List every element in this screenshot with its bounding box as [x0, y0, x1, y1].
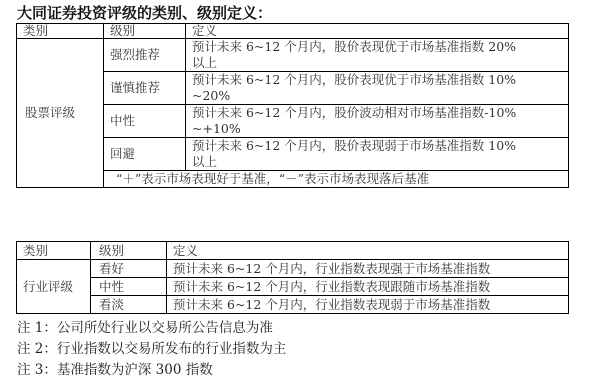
- definition-cell: 预计未来 6~12 个月内，股价波动相对市场基准指数-10%~+10%: [186, 105, 569, 138]
- level-cell: 中性: [91, 278, 167, 296]
- table-header-row: 类别 级别 定义: [17, 24, 569, 39]
- definition-line: 以上: [192, 55, 568, 71]
- definition-line: 预计未来 6~12 个月内，股价表现优于市场基准指数 10%: [192, 72, 568, 88]
- definition-line: 预计未来 6~12 个月内，股价表现弱于市场基准指数 10%: [192, 138, 568, 154]
- definition-cell: 预计未来 6~12 个月内，行业指数表现跟随市场基准指数: [167, 278, 569, 296]
- table-row: 中性 预计未来 6~12 个月内，行业指数表现跟随市场基准指数: [17, 278, 569, 296]
- header-definition: 定义: [186, 24, 569, 39]
- stock-rating-table: 类别 级别 定义 股票评级 强烈推荐 预计未来 6~12 个月内，股价表现优于市…: [16, 23, 569, 188]
- table-row: 行业评级 看好 预计未来 6~12 个月内，行业指数表现强于市场基准指数: [17, 260, 569, 278]
- category-label: 股票评级: [25, 105, 75, 120]
- table-row: 看淡 预计未来 6~12 个月内，行业指数表现弱于市场基准指数: [17, 296, 569, 314]
- definition-line: 以上: [192, 154, 568, 170]
- level-cell: 中性: [104, 105, 186, 138]
- header-category: 类别: [17, 24, 104, 39]
- level-cell: 回避: [104, 138, 186, 171]
- definition-line: ~20%: [192, 88, 568, 104]
- level-cell: 谨慎推荐: [104, 72, 186, 105]
- note-3: 注 3：基准指数为沪深 300 指数: [17, 360, 286, 381]
- header-level: 级别: [104, 24, 186, 39]
- industry-rating-table: 类别 级别 定义 行业评级 看好 预计未来 6~12 个月内，行业指数表现强于市…: [16, 241, 569, 314]
- header-category: 类别: [17, 242, 91, 260]
- definition-cell: 预计未来 6~12 个月内，行业指数表现弱于市场基准指数: [167, 296, 569, 314]
- header-definition: 定义: [167, 242, 569, 260]
- table-header-row: 类别 级别 定义: [17, 242, 569, 260]
- level-cell: 看淡: [91, 296, 167, 314]
- definition-line: 预计未来 6~12 个月内，股价波动相对市场基准指数-10%: [192, 105, 568, 121]
- definition-cell: 预计未来 6~12 个月内，行业指数表现强于市场基准指数: [167, 260, 569, 278]
- note-2: 注 2：行业指数以交易所发布的行业指数为主: [17, 339, 286, 360]
- category-cell: 股票评级: [17, 39, 104, 188]
- note-1: 注 1：公司所处行业以交易所公告信息为准: [17, 318, 286, 339]
- definition-line: ~+10%: [192, 121, 568, 137]
- notes-section: 注 1：公司所处行业以交易所公告信息为准 注 2：行业指数以交易所发布的行业指数…: [17, 318, 286, 381]
- page-title: 大同证券投资评级的类别、级别定义：: [17, 2, 272, 23]
- level-cell: 看好: [91, 260, 167, 278]
- header-level: 级别: [91, 242, 167, 260]
- definition-cell: 预计未来 6~12 个月内，股价表现弱于市场基准指数 10%以上: [186, 138, 569, 171]
- definition-cell: 预计未来 6~12 个月内，股价表现优于市场基准指数 20%以上: [186, 39, 569, 72]
- definition-cell: 预计未来 6~12 个月内，股价表现优于市场基准指数 10%~20%: [186, 72, 569, 105]
- level-cell: 强烈推荐: [104, 39, 186, 72]
- table-row: 股票评级 强烈推荐 预计未来 6~12 个月内，股价表现优于市场基准指数 20%…: [17, 39, 569, 72]
- category-cell: 行业评级: [17, 260, 91, 314]
- footnote-cell: “＋”表示市场表现好于基准，“－”表示市场表现落后基准: [104, 171, 569, 188]
- definition-line: 预计未来 6~12 个月内，股价表现优于市场基准指数 20%: [192, 39, 568, 55]
